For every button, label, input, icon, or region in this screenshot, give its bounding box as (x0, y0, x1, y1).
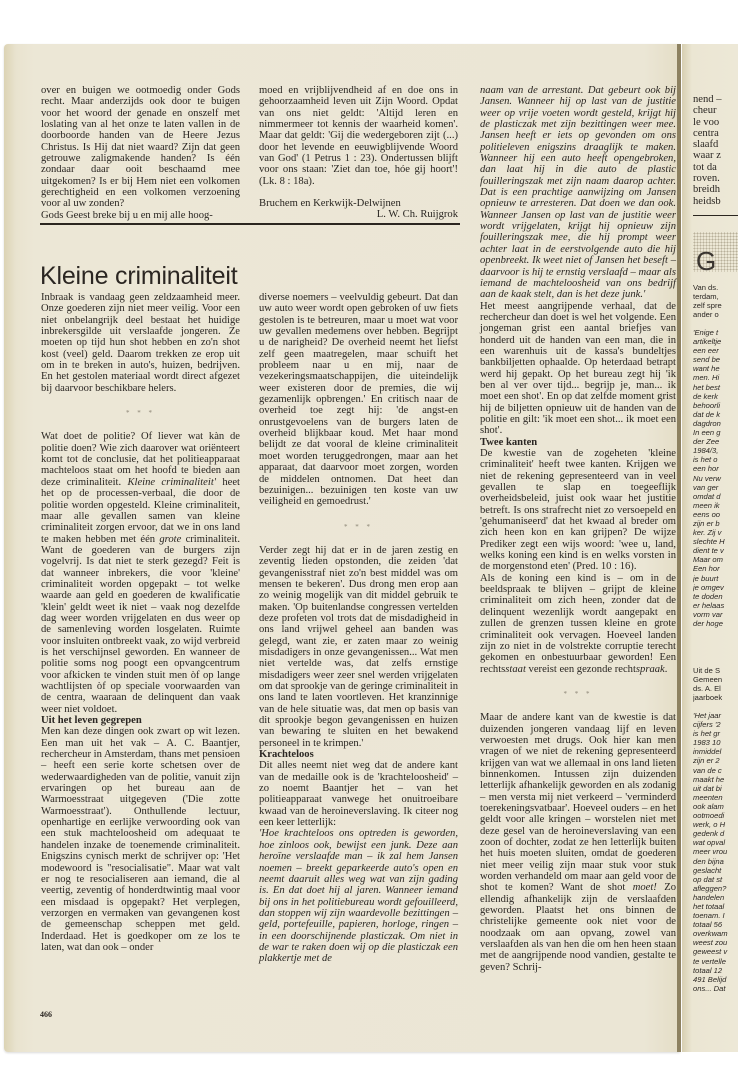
fragment-line: er helaas (693, 601, 738, 610)
article-paragraph: Inbraak is vandaag geen zeldzaamheid mee… (41, 292, 240, 394)
fragment-line: Uit de S (693, 666, 738, 675)
fragment-line: Gemeen (693, 675, 738, 684)
fragment-line: dat de k (693, 410, 738, 419)
fragment-line: is het o (693, 455, 738, 464)
fragment-line: heidsb (693, 196, 738, 207)
fragment-line: je omgev (693, 583, 738, 592)
article-paragraph: Men kan deze dingen ook zwart op wit lez… (41, 726, 240, 953)
page-spine (677, 44, 681, 1052)
fragment-line: een eer (693, 346, 738, 355)
fragment-line: 'Enige t (693, 328, 738, 337)
previous-article-column-1: over en buigen we ootmoedig onder Gods r… (41, 85, 240, 221)
fragment-line: het totaal (693, 902, 738, 911)
article-column-3: naam van de arrestant. Dat gebeurt ook b… (480, 85, 676, 973)
fragment-line: is het gr (693, 729, 738, 738)
quote-paragraph: naam van de arrestant. Dat gebeurt ook b… (480, 85, 676, 301)
fragment-line: Van ds. (693, 283, 738, 292)
fragment-line: zijn er b (693, 519, 738, 528)
fragment-line: 1984/3, (693, 446, 738, 455)
fragment-line: der Zee (693, 437, 738, 446)
text-run: criminaliteit. Want de goederen van de b… (41, 534, 240, 715)
fragment-line: een hor (693, 464, 738, 473)
fragment-line: uit dat bi (693, 784, 738, 793)
fragment-line: 'Het jaar (693, 711, 738, 720)
next-page-source: Uit de S Gemeen ds. A. El jaarboek (693, 666, 738, 702)
previous-article-text: moed en vrijblijvendheid af en doe ons i… (259, 85, 458, 187)
fragment-line: meenten (693, 793, 738, 802)
fragment-line: le voo (693, 117, 738, 128)
fragment-line: inmiddel (693, 747, 738, 756)
italic-run: staat (505, 664, 526, 675)
fragment-line: zijn er 2 (693, 756, 738, 765)
article-paragraph: Maar de andere kant van de kwestie is da… (480, 712, 676, 973)
fragment-line: van ger (693, 483, 738, 492)
fragment-line: meer vrou (693, 847, 738, 856)
fragment-line: omdat d (693, 492, 738, 501)
fragment-line: wat opval (693, 838, 738, 847)
article-paragraph: Verder zegt hij dat er in de jaren zesti… (259, 545, 458, 749)
next-page-intro: Van ds. terdam, zelf spre ander o (693, 283, 738, 319)
fragment-line: cheur (693, 105, 738, 116)
fragment-line: 491 Belijd (693, 975, 738, 984)
fragment-line: geweest v (693, 947, 738, 956)
fragment-line: men. Hi (693, 373, 738, 382)
next-page-headline-initial: G (696, 246, 716, 277)
article-paragraph: Wat doet de politie? Of liever wat kàn d… (41, 431, 240, 715)
fragment-line: maakt he (693, 775, 738, 784)
fragment-line: In een g (693, 428, 738, 437)
signature-place: Bruchem en Kerkwijk-Delwijnen (259, 198, 458, 209)
text-run: vereist een gezonde recht (526, 664, 636, 675)
fragment-line: gedenk d (693, 829, 738, 838)
article-title: Kleine criminaliteit (40, 262, 237, 290)
previous-article-text: over en buigen we ootmoedig onder Gods r… (41, 85, 240, 210)
fragment-line: Maar om (693, 555, 738, 564)
fragment-line: ker. Zij v (693, 528, 738, 537)
fragment-line: slechte H (693, 537, 738, 546)
fragment-line: tot da (693, 162, 738, 173)
text-run: Maar de andere kant van de kwestie is da… (480, 712, 676, 893)
fragment-line: meen ik (693, 501, 738, 510)
next-page-divider (693, 215, 738, 216)
text-run: Zo ellendig afhankelijk zijn de verslaaf… (480, 882, 676, 972)
fragment-line: cijfers '2 (693, 720, 738, 729)
fragment-line: want he (693, 364, 738, 373)
next-page-italic-block-2: 'Het jaar cijfers '2 is het gr 1983 10 i… (693, 711, 738, 993)
quote-paragraph: 'Hoe krachteloos ons optreden is geworde… (259, 828, 458, 964)
subheading-krachteloos: Krachteloos (259, 749, 458, 760)
fragment-line: te vertelle (693, 957, 738, 966)
fragment-line: afleggen? (693, 884, 738, 893)
next-page-italic-block-1: 'Enige t artikeltje een eer send be want… (693, 328, 738, 628)
italic-run: Kleine criminaliteit' (127, 477, 216, 488)
fragment-line: slaafd (693, 139, 738, 150)
fragment-line: ander o (693, 310, 738, 319)
fragment-line: den bijna (693, 857, 738, 866)
fragment-line: 1983 10 (693, 738, 738, 747)
fragment-line: terdam, (693, 292, 738, 301)
subheading-uit-het-leven-gegrepen: Uit het leven gegrepen (41, 715, 240, 726)
fragment-line: dagdron (693, 419, 738, 428)
fragment-line: ootmoedi (693, 811, 738, 820)
article-paragraph: Als de koning een kind is – om in de bee… (480, 573, 676, 675)
article-paragraph: diverse noemers – veelvuldig gebeurt. Da… (259, 292, 458, 508)
fragment-line: overkwam (693, 929, 738, 938)
fragment-line: waar z (693, 150, 738, 161)
article-paragraph: Dit alles neemt niet weg dat de andere k… (259, 760, 458, 828)
page-number: 466 (40, 1010, 52, 1019)
fragment-line: ook alam (693, 802, 738, 811)
fragment-line: dient te v (693, 546, 738, 555)
text-run: Als de koning een kind is – om in de bee… (480, 573, 676, 675)
italic-run: moet! (633, 882, 657, 893)
fragment-line: zelf spre (693, 301, 738, 310)
fragment-line: van de c (693, 766, 738, 775)
fragment-line: centra (693, 128, 738, 139)
section-separator: * * * (41, 408, 240, 419)
section-separator: * * * (259, 522, 458, 533)
fragment-line: geslacht (693, 866, 738, 875)
signature-author: L. W. Ch. Ruijgrok (259, 209, 458, 220)
fragment-line: te doden (693, 592, 738, 601)
article-paragraph: De kwestie van de zogeheten 'kleine crim… (480, 448, 676, 573)
fragment-line: het best (693, 383, 738, 392)
fragment-line: handelen (693, 893, 738, 902)
fragment-line: totaal 12 (693, 966, 738, 975)
italic-run: grote (159, 534, 181, 545)
fragment-line: totaal 56 (693, 920, 738, 929)
fragment-line: Een hor (693, 564, 738, 573)
subheading-twee-kanten: Twee kanten (480, 437, 676, 448)
fragment-line: artikeltje (693, 337, 738, 346)
previous-article-column-2: moed en vrijblijvendheid af en doe ons i… (259, 85, 458, 221)
fragment-line: send be (693, 355, 738, 364)
fragment-line: de kerk (693, 392, 738, 401)
fragment-line: ds. A. El (693, 684, 738, 693)
signature: Bruchem en Kerkwijk-Delwijnen L. W. Ch. … (259, 198, 458, 221)
previous-article-text-last: Gods Geest breke bij u en mij alle hoog- (41, 210, 240, 221)
next-page-text-fragment: nend – cheur le voo centra slaafd waar z… (693, 94, 738, 207)
italic-run: spraak (636, 664, 665, 675)
fragment-line: weest zou (693, 938, 738, 947)
article-paragraph: Het meest aangrijpende verhaal, dat de r… (480, 301, 676, 437)
fragment-line: op dat st (693, 875, 738, 884)
fragment-line: ons... Dat (693, 984, 738, 993)
article-column-1: Inbraak is vandaag geen zeldzaamheid mee… (41, 292, 240, 953)
section-separator: * * * (480, 689, 676, 700)
fragment-line: je buurt (693, 574, 738, 583)
fragment-line: toenam. I (693, 911, 738, 920)
fragment-line: breidh (693, 184, 738, 195)
fragment-line: Nu verw (693, 474, 738, 483)
fragment-line: nend – (693, 94, 738, 105)
fragment-line: der hoge (693, 619, 738, 628)
fragment-line: roven. (693, 173, 738, 184)
fragment-line: jaarboek (693, 693, 738, 702)
fragment-line: werk, o H (693, 820, 738, 829)
text-run: . (665, 664, 668, 675)
section-divider-rule (40, 223, 460, 225)
fragment-line: vorm var (693, 610, 738, 619)
fragment-line: eens oo (693, 510, 738, 519)
fragment-line: behoorli (693, 401, 738, 410)
article-column-2: diverse noemers – veelvuldig gebeurt. Da… (259, 292, 458, 965)
